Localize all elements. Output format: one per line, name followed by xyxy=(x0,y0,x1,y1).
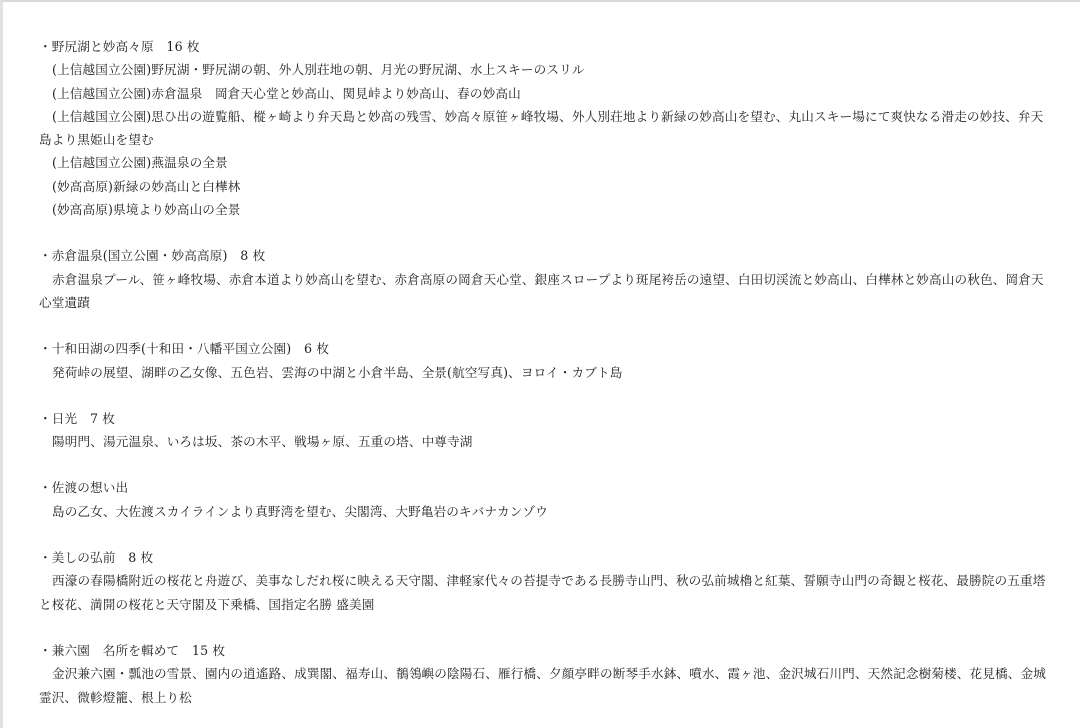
list-item: 金沢兼六園・瓢池の雪景、園内の逍遙路、成巽閣、福寿山、鶺鴒嶼の陰陽石、雁行橋、夕… xyxy=(39,662,1053,709)
list-item: (妙高高原)県境より妙高山の全景 xyxy=(39,198,1053,221)
section-nojiriko-myoko: ・野尻湖と妙高々原 16 枚 (上信越国立公園)野尻湖・野尻湖の朝、外人別荘地の… xyxy=(39,35,1053,221)
section-heading: ・十和田湖の四季(十和田・八幡平国立公園) 6 枚 xyxy=(39,337,1053,360)
document-page: ・野尻湖と妙高々原 16 枚 (上信越国立公園)野尻湖・野尻湖の朝、外人別荘地の… xyxy=(0,0,1080,728)
list-item: (上信越国立公園)野尻湖・野尻湖の朝、外人別荘地の朝、月光の野尻湖、水上スキーの… xyxy=(39,58,1053,81)
section-nikko: ・日光 7 枚 陽明門、湯元温泉、いろは坂、茶の木平、戦場ヶ原、五重の塔、中尊寺… xyxy=(39,407,1053,454)
list-item: (上信越国立公園)燕温泉の全景 xyxy=(39,151,1053,174)
list-item: 赤倉温泉プール、笹ヶ峰牧場、赤倉本道より妙高山を望む、赤倉高原の岡倉天心堂、銀座… xyxy=(39,268,1053,315)
section-heading: ・美しの弘前 8 枚 xyxy=(39,546,1053,569)
section-towadako: ・十和田湖の四季(十和田・八幡平国立公園) 6 枚 発荷峠の展望、湖畔の乙女像、… xyxy=(39,337,1053,384)
list-item: (上信越国立公園)赤倉温泉 岡倉天心堂と妙高山、関見峠より妙高山、春の妙高山 xyxy=(39,82,1053,105)
section-heading: ・佐渡の想い出 xyxy=(39,476,1053,499)
list-item: 陽明門、湯元温泉、いろは坂、茶の木平、戦場ヶ原、五重の塔、中尊寺湖 xyxy=(39,430,1053,453)
list-item: 発荷峠の展望、湖畔の乙女像、五色岩、雲海の中湖と小倉半島、全景(航空写真)、ヨロ… xyxy=(39,361,1053,384)
document-content: ・野尻湖と妙高々原 16 枚 (上信越国立公園)野尻湖・野尻湖の朝、外人別荘地の… xyxy=(39,35,1053,728)
section-hirosaki: ・美しの弘前 8 枚 西濠の春陽橋附近の桜花と舟遊び、美事なしだれ桜に映える天守… xyxy=(39,546,1053,616)
section-heading: ・赤倉温泉(国立公園・妙高高原) 8 枚 xyxy=(39,244,1053,267)
section-heading: ・兼六園 名所を輯めて 15 枚 xyxy=(39,639,1053,662)
section-sado: ・佐渡の想い出 島の乙女、大佐渡スカイラインより真野湾を望む、尖閣湾、大野亀岩の… xyxy=(39,476,1053,523)
section-heading: ・日光 7 枚 xyxy=(39,407,1053,430)
list-item: (妙高高原)新緑の妙高山と白樺林 xyxy=(39,175,1053,198)
section-kenrokuen: ・兼六園 名所を輯めて 15 枚 金沢兼六園・瓢池の雪景、園内の逍遙路、成巽閣、… xyxy=(39,639,1053,709)
section-akakura-onsen: ・赤倉温泉(国立公園・妙高高原) 8 枚 赤倉温泉プール、笹ヶ峰牧場、赤倉本道よ… xyxy=(39,244,1053,314)
list-item: 島の乙女、大佐渡スカイラインより真野湾を望む、尖閣湾、大野亀岩のキバナカンゾウ xyxy=(39,500,1053,523)
section-heading: ・野尻湖と妙高々原 16 枚 xyxy=(39,35,1053,58)
list-item: 西濠の春陽橋附近の桜花と舟遊び、美事なしだれ桜に映える天守閣、津軽家代々の苔提寺… xyxy=(39,569,1053,616)
list-item: (上信越国立公園)思ひ出の遊覧船、樅ヶ崎より弁天島と妙高の残雪、妙高々原笹ヶ峰牧… xyxy=(39,105,1053,152)
